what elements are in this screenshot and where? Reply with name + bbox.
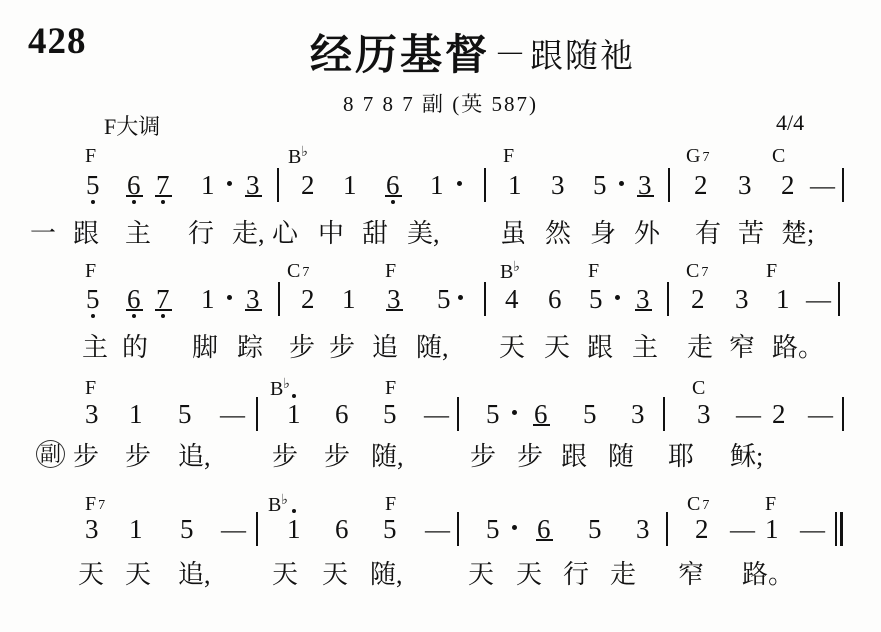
high-octave-dot: [292, 509, 296, 513]
lyric-syllable: 天: [516, 562, 542, 588]
chord-label: B♭: [268, 494, 288, 515]
note-digit: 2: [695, 516, 709, 543]
note-digit: 6: [537, 516, 551, 543]
lyric-syllable: 天: [468, 562, 494, 588]
note-digit: 1: [129, 516, 143, 543]
note-extension-dash: —: [221, 516, 244, 543]
note-digit: 3: [636, 516, 650, 543]
chord-root: F: [385, 493, 396, 515]
note-value: 2: [695, 516, 709, 543]
lyric-syllable: 路。: [742, 562, 794, 588]
music-systems: FB♭FG7C5671321611353232—一跟主行走,心中甜美,虽然身外有…: [0, 0, 881, 632]
lyric-syllable: 行: [563, 562, 589, 588]
hymn-page: 428 经历基督－跟随祂 8 7 8 7 副 (英 587) F大调 4/4 F…: [0, 0, 881, 632]
note-extension-dash: —: [425, 516, 448, 543]
lyric-syllable: 随,: [370, 562, 403, 588]
note-value: 5: [588, 516, 602, 543]
note-digit: 5: [486, 516, 500, 543]
lyric-syllable: 天: [322, 562, 348, 588]
chord-label: F7: [85, 494, 105, 514]
note-digit: 1: [287, 516, 301, 543]
note-digit: 3: [85, 516, 99, 543]
chord-label: F: [765, 494, 776, 514]
note-digit: 1: [765, 516, 779, 543]
note-value: 1: [287, 516, 301, 543]
chord-root: F: [85, 493, 96, 515]
lyric-syllable: 天: [125, 562, 151, 588]
note-value: 5: [383, 516, 397, 543]
note-extension-dash: —: [800, 516, 823, 543]
note-value: 1: [129, 516, 143, 543]
augmentation-dot: [512, 525, 517, 530]
chord-root: C: [687, 493, 700, 515]
eighth-underline: [536, 539, 553, 541]
note-digit: 6: [335, 516, 349, 543]
flat-symbol: ♭: [281, 493, 288, 508]
note-digit: 5: [180, 516, 194, 543]
note-digit: 5: [588, 516, 602, 543]
note-extension-dash: —: [730, 516, 753, 543]
final-double-barline: [835, 512, 837, 546]
chord-seventh: 7: [98, 498, 105, 513]
chord-label: F: [385, 494, 396, 514]
barline: [457, 512, 459, 546]
lyric-syllable: 天: [78, 562, 104, 588]
barline: [256, 512, 258, 546]
lyric-syllable: 窄: [678, 562, 704, 588]
note-digit: 5: [383, 516, 397, 543]
note-value: 3: [85, 516, 99, 543]
chord-label: C7: [687, 494, 709, 514]
chord-root: B: [268, 494, 281, 516]
chord-seventh: 7: [702, 498, 709, 513]
lyric-syllable: 追,: [178, 562, 211, 588]
music-system-4: F7B♭FC7F315—165—56532—1—天天追,天天随,天天行走窄路。: [0, 0, 881, 632]
barline: [666, 512, 668, 546]
note-value: 5: [486, 516, 500, 543]
lyric-syllable: 走: [610, 562, 636, 588]
lyric-syllable: 天: [272, 562, 298, 588]
chord-root: F: [765, 493, 776, 515]
note-value: 6: [335, 516, 349, 543]
note-value: 3: [636, 516, 650, 543]
note-value: 1: [765, 516, 779, 543]
note-value: 5: [180, 516, 194, 543]
